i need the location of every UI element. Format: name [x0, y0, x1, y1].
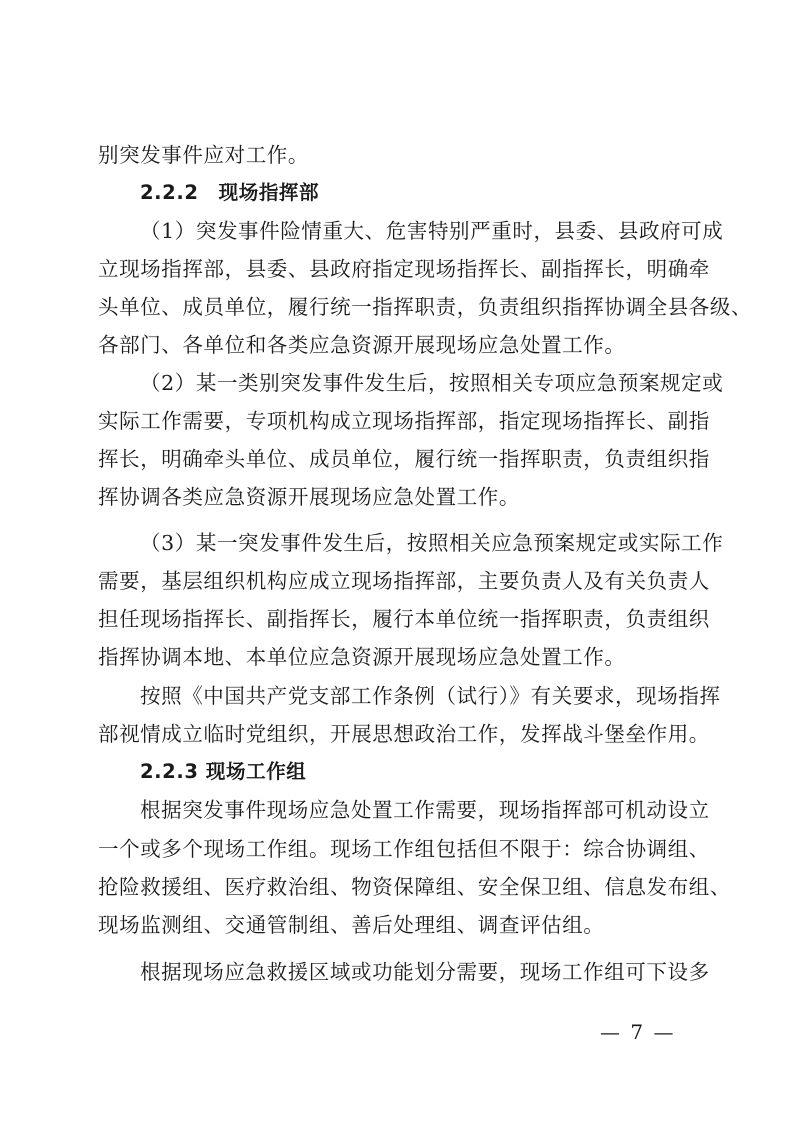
- page-number: — 7 —: [600, 1017, 675, 1047]
- document-page: 别突发事件应对工作。 2.2.2 现场指挥部 （1）突发事件险情重大、危害特别严…: [0, 0, 793, 1122]
- text-line-11: （3）某一突发事件发生后，按照相关应急预案规定或实际工作: [140, 528, 688, 558]
- section-heading-2-2-2: 2.2.2 现场指挥部: [140, 178, 688, 208]
- text-line-4: 立现场指挥部，县委、县政府指定现场指挥长、副指挥长，明确牵: [98, 254, 688, 284]
- text-line-14: 指挥协调本地、本单位应急资源开展现场应急处置工作。: [98, 642, 688, 672]
- text-line-12: 需要，基层组织机构应成立现场指挥部，主要负责人及有关负责人: [98, 566, 688, 596]
- text-line-9: 挥长，明确牵头单位、成员单位，履行统一指挥职责，负责组织指: [98, 444, 688, 474]
- text-line-3: （1）突发事件险情重大、危害特别严重时，县委、县政府可成: [140, 216, 688, 246]
- text-line-6: 各部门、各单位和各类应急资源开展现场应急处置工作。: [98, 330, 688, 360]
- text-line-22: 根据现场应急救援区域或功能划分需要，现场工作组可下设多: [140, 957, 688, 987]
- text-line-16: 部视情成立临时党组织，开展思想政治工作，发挥战斗堡垒作用。: [98, 719, 688, 749]
- text-line-18: 根据突发事件现场应急处置工作需要，现场指挥部可机动设立: [140, 795, 688, 825]
- text-line-21: 现场监测组、交通管制组、善后处理组、调查评估组。: [98, 910, 688, 940]
- text-line-13: 担任现场指挥长、副指挥长，履行本单位统一指挥职责，负责组织: [98, 604, 688, 634]
- text-line-15: 按照《中国共产党支部工作条例（试行）》有关要求，现场指挥: [140, 681, 688, 711]
- section-heading-2-2-3: 2.2.3 现场工作组: [140, 757, 688, 787]
- text-line-10: 挥协调各类应急资源开展现场应急处置工作。: [98, 482, 688, 512]
- text-line-5: 头单位、成员单位，履行统一指挥职责，负责组织指挥协调全县各级、: [98, 292, 688, 322]
- text-line-8: 实际工作需要，专项机构成立现场指挥部，指定现场指挥长、副指: [98, 406, 688, 436]
- text-line-20: 抢险救援组、医疗救治组、物资保障组、安全保卫组、信息发布组、: [98, 872, 688, 902]
- text-line-1: 别突发事件应对工作。: [98, 140, 688, 170]
- text-line-19: 一个或多个现场工作组。现场工作组包括但不限于：综合协调组、: [98, 834, 688, 864]
- text-line-7: （2）某一类别突发事件发生后，按照相关专项应急预案规定或: [140, 368, 688, 398]
